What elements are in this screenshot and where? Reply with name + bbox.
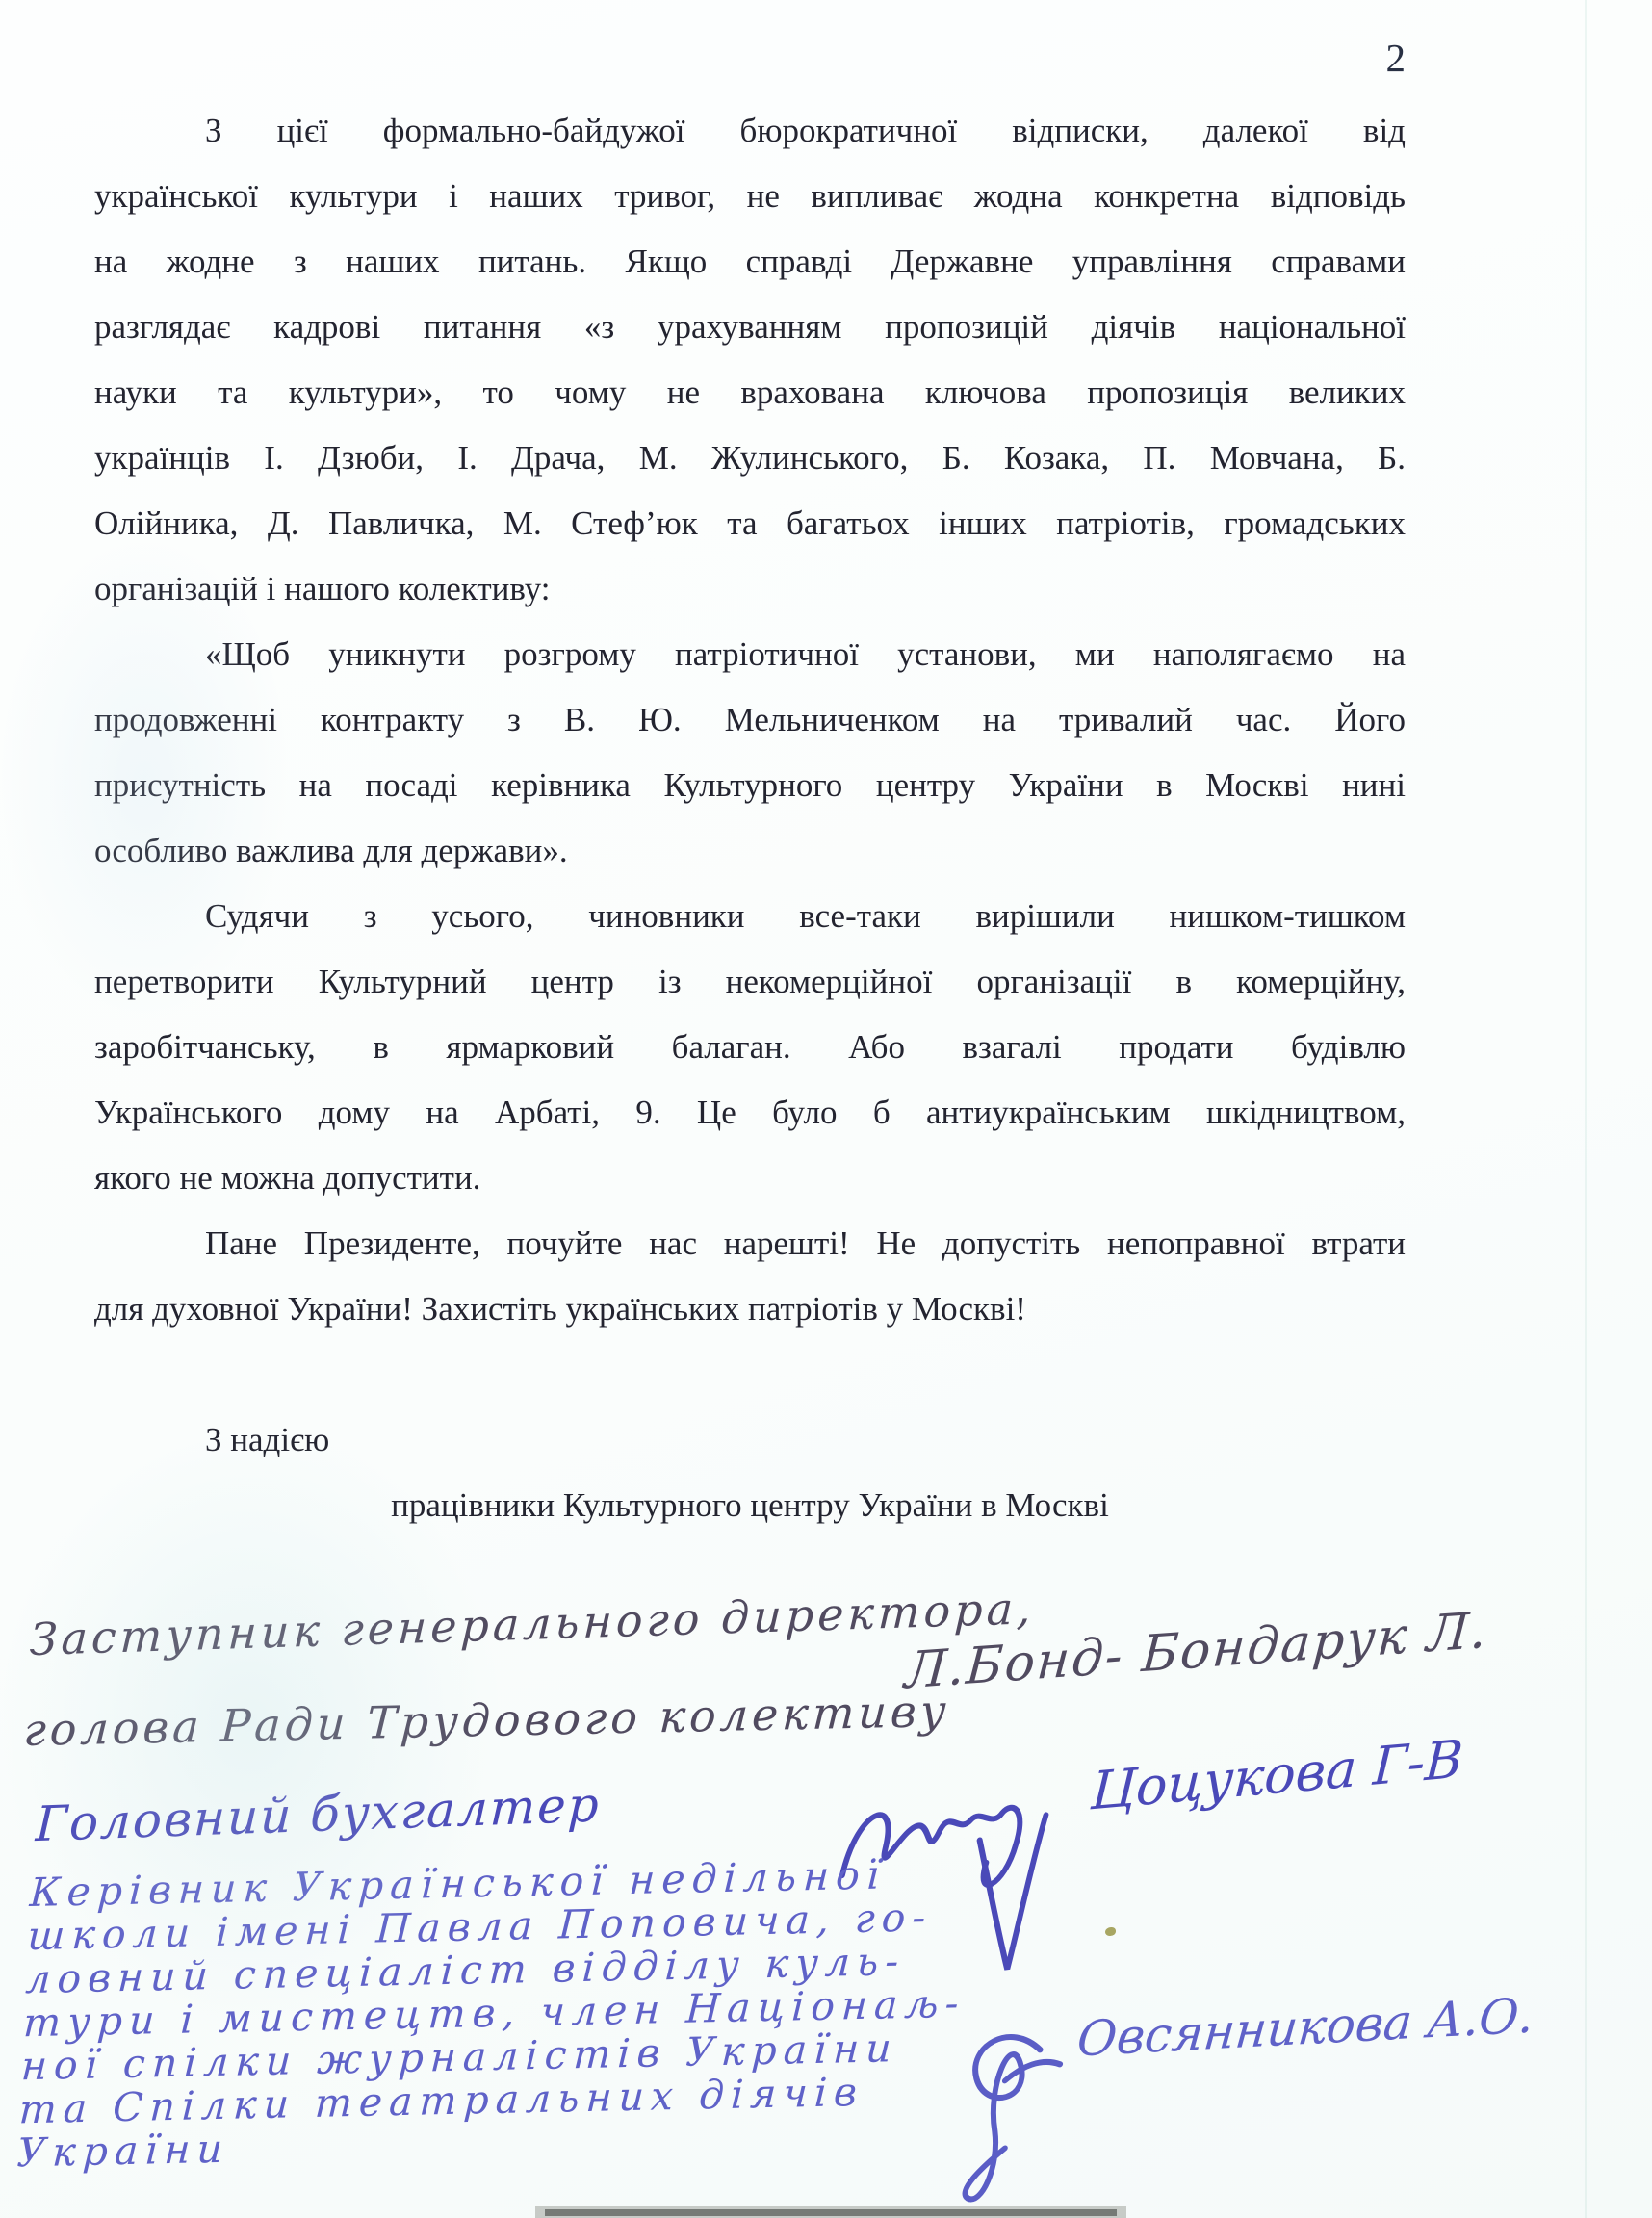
typed-line: присутність на посаді керівника Культурн… bbox=[94, 753, 1406, 818]
handwritten-accountant-title: Головний бухгалтер bbox=[35, 1777, 602, 1853]
typed-line: Судячи з усього, чиновники все-таки вирі… bbox=[94, 884, 1406, 949]
scan-crease bbox=[1585, 0, 1587, 2218]
handwritten-director-title-block: Керівник Української недільної школи іме… bbox=[16, 1851, 1013, 2176]
handwritten-deputy-title-line1: Заступник генерального директора, bbox=[29, 1582, 1036, 1665]
director-signature: Овсянникова А.О. bbox=[938, 1987, 1536, 2211]
signature-text: Овсянникова А.О. bbox=[1075, 1987, 1536, 2067]
bottom-scan-strip bbox=[535, 2206, 1126, 2218]
scanned-letter-page: 2 З цієї формально-байдужої бюрократично… bbox=[0, 0, 1652, 2218]
typed-line: разглядає кадрові питання «з урахуванням… bbox=[94, 295, 1406, 360]
typed-line: Олійника, Д. Павличка, М. Стеф’юк та баг… bbox=[94, 491, 1406, 556]
bottom-scan-strip-core bbox=[545, 2209, 1117, 2216]
signature-flourish-icon bbox=[938, 2022, 1070, 2211]
closing-line: З надією bbox=[94, 1407, 1406, 1473]
typed-line: якого не можна допустити. bbox=[94, 1146, 1406, 1211]
typed-line: заробітчанську, в ярмарковий балаган. Аб… bbox=[94, 1015, 1406, 1080]
typed-line: продовженні контракту з В. Ю. Мельниченк… bbox=[94, 687, 1406, 753]
typed-line: З цієї формально-байдужої бюрократичної … bbox=[94, 98, 1406, 164]
signatory-line: працівники Культурного центру України в … bbox=[94, 1473, 1406, 1538]
typed-line: української культури і наших тривог, не … bbox=[94, 164, 1406, 229]
paragraph: Пане Президенте, почуйте нас нарешті! Не… bbox=[94, 1211, 1406, 1342]
typed-letter-body: З цієї формально-байдужої бюрократичної … bbox=[94, 98, 1406, 1342]
paragraph: Судячи з усього, чиновники все-таки вирі… bbox=[94, 884, 1406, 1211]
typed-line: на жодне з наших питань. Якщо справді Де… bbox=[94, 229, 1406, 295]
signature-text: Цоцукова Г-В bbox=[1090, 1728, 1465, 1821]
typed-line: для духовної України! Захистіть українсь… bbox=[94, 1277, 1406, 1342]
typed-line: Українського дому на Арбаті, 9. Це було … bbox=[94, 1080, 1406, 1146]
typed-line: Пане Президенте, почуйте нас нарешті! Не… bbox=[94, 1211, 1406, 1277]
handwritten-deputy-title-line2: голова Ради Трудового колективу bbox=[22, 1685, 950, 1756]
paragraph: «Щоб уникнути розгрому патріотичної уста… bbox=[94, 622, 1406, 884]
typed-line: науки та культури», то чому не врахована… bbox=[94, 360, 1406, 426]
paragraph: З цієї формально-байдужої бюрократичної … bbox=[94, 98, 1406, 622]
typed-line: організацій і нашого колективу: bbox=[94, 556, 1406, 622]
typed-line: українців І. Дзюби, І. Драча, М. Жулинсь… bbox=[94, 426, 1406, 491]
typed-line: «Щоб уникнути розгрому патріотичної уста… bbox=[94, 622, 1406, 687]
page-number: 2 bbox=[94, 29, 1423, 87]
typed-line: перетворити Культурний центр із некомерц… bbox=[94, 949, 1406, 1015]
typed-line: особливо важлива для держави». bbox=[94, 818, 1406, 884]
